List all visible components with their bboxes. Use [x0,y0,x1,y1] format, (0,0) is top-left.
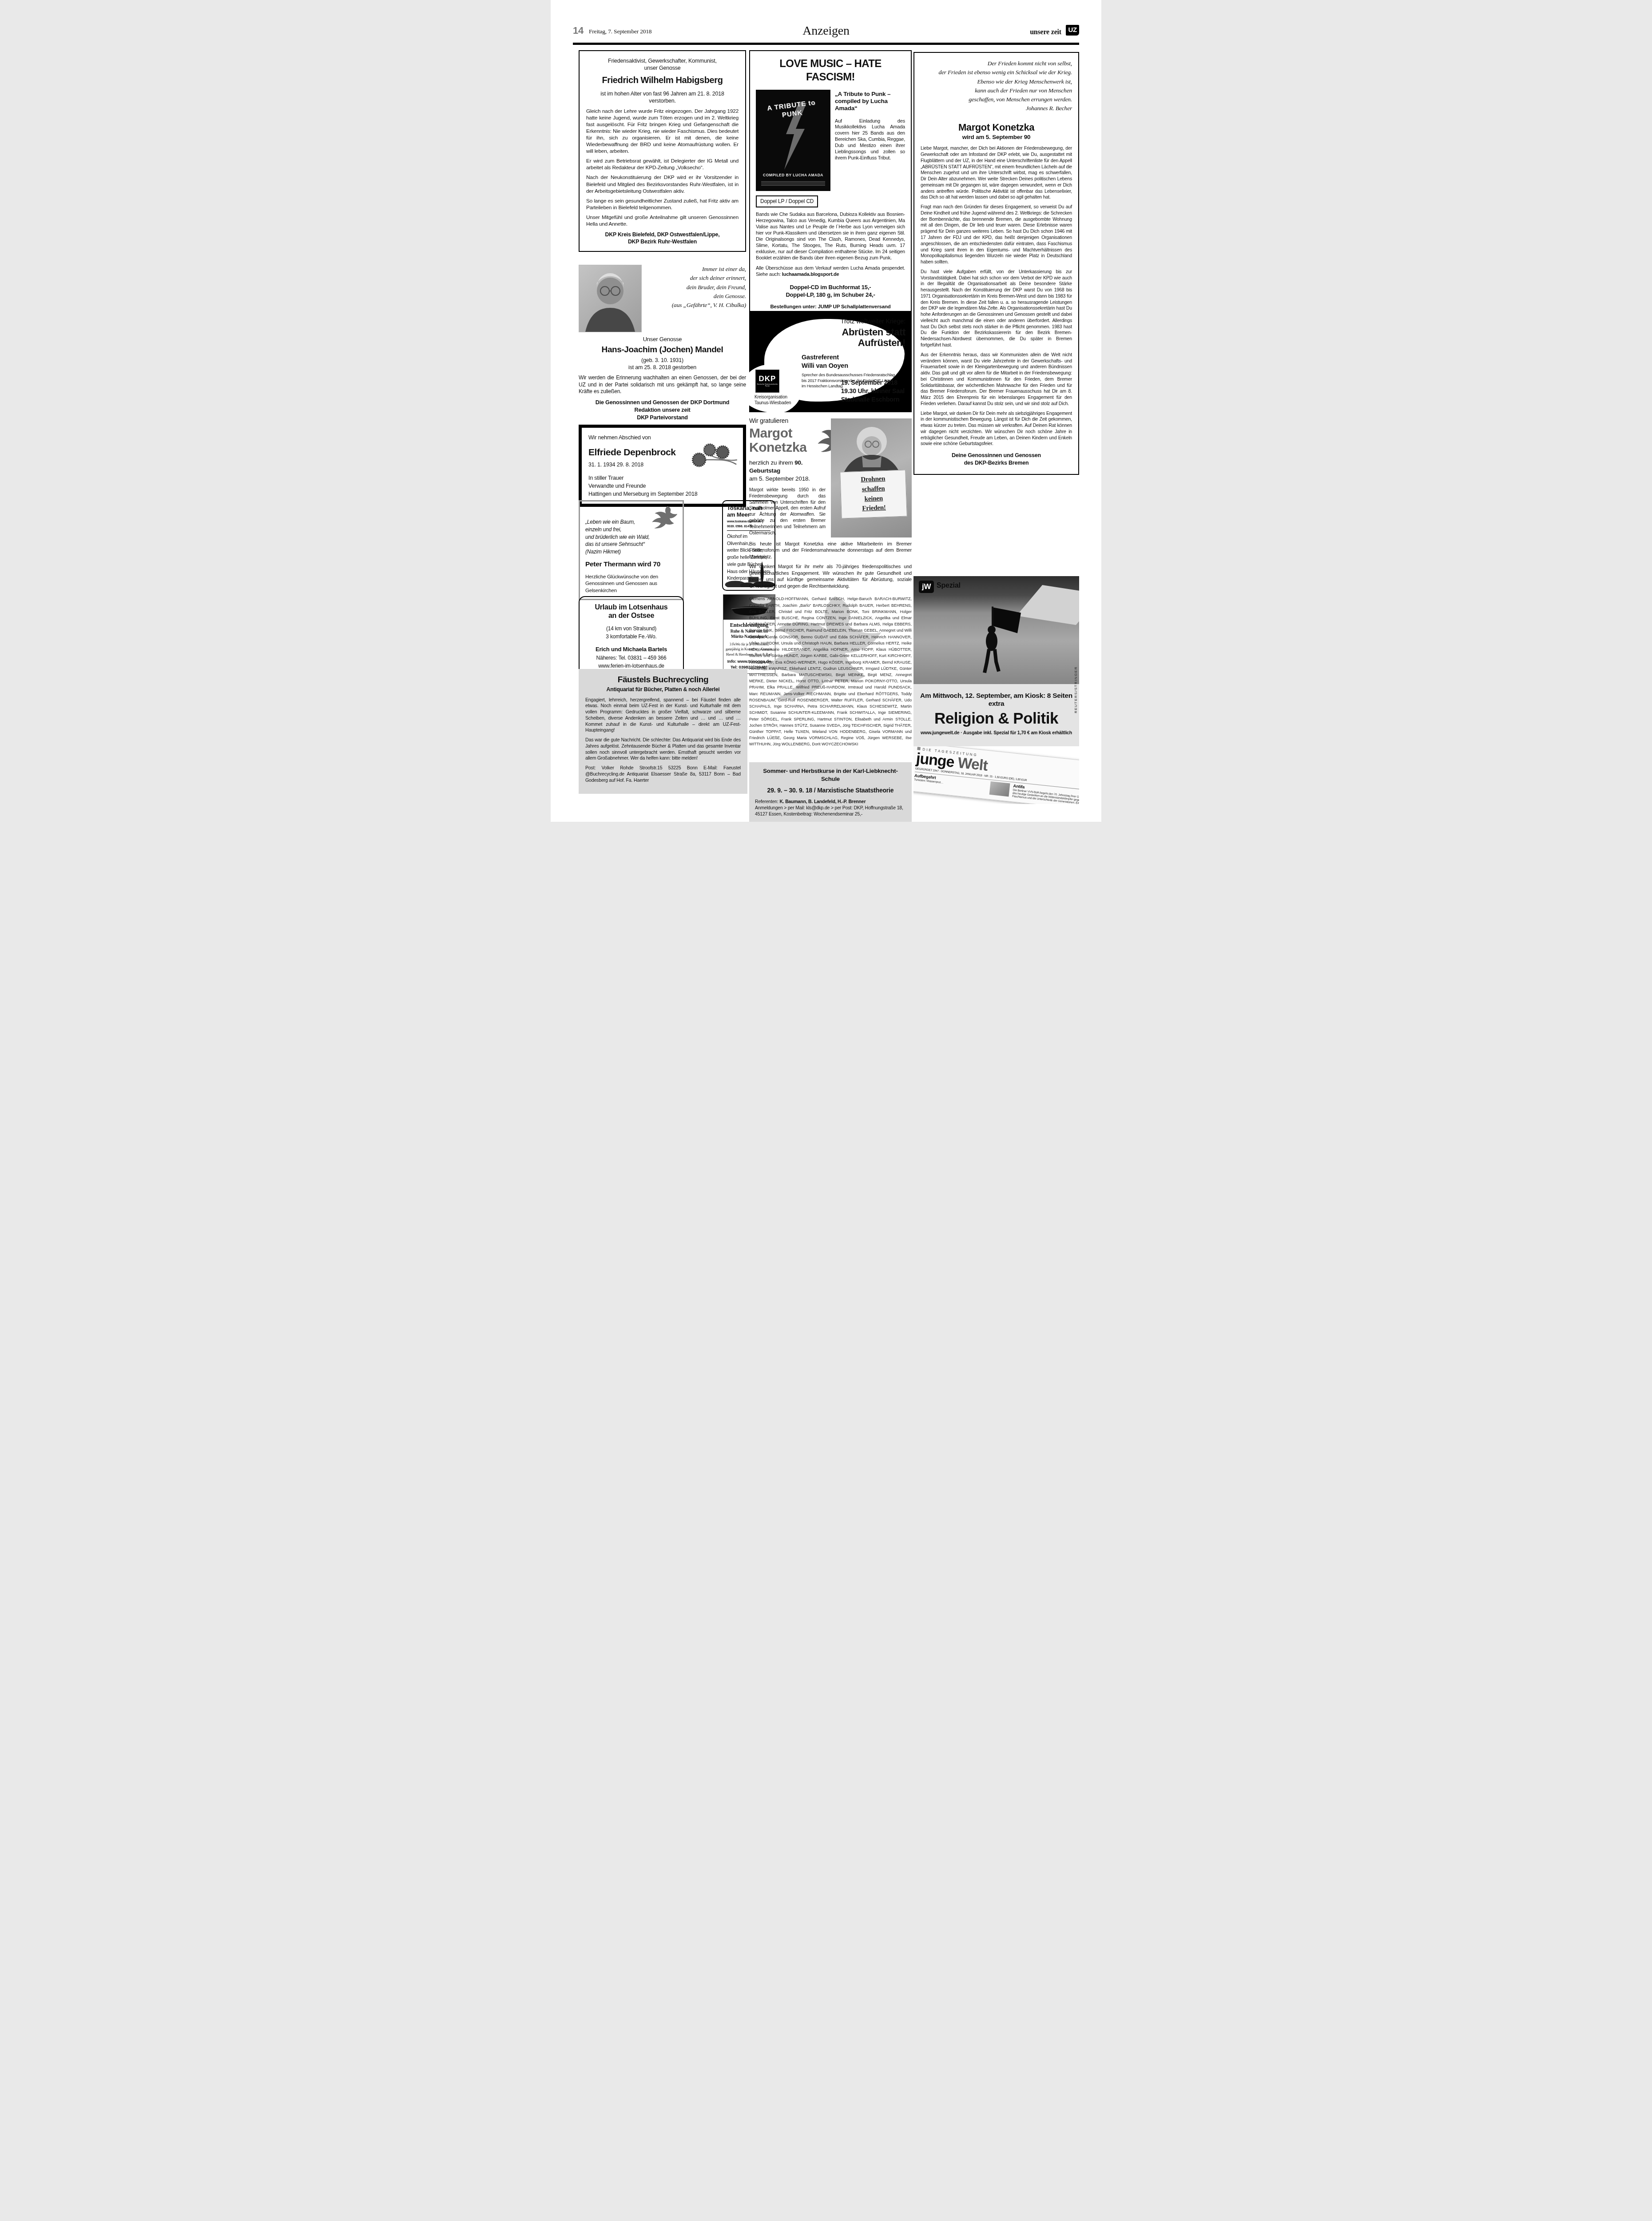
ad-paragraph: Fragt man nach den Gründen für dieses En… [921,204,1072,266]
obituary-depenbrock: Wir nehmen Abschied von Elfriede Depenbr… [579,425,746,507]
ad-line: 3 komfortable Fe.-Wo. [584,633,679,641]
paper-brand: unsere zeit [1030,28,1061,36]
ad-signature: Deine Genossinnen und Genossen des DKP-B… [921,452,1072,467]
greeting-text: Herzliche Glückwünsche von den Genossinn… [585,574,677,595]
page-header: 14 Freitag, 7. September 2018 Anzeigen u… [573,24,1079,41]
referents-line: Referenten: K. Baumann, B. Landefeld, H.… [755,799,906,805]
ad-title: Fäustels Buchrecycling [585,675,741,686]
ad-love-music: LOVE MUSIC – HATE FASCISM! A TRIBUTE to … [749,50,912,324]
jw-logo-label: Spezial [937,582,961,590]
congratulants-list: Clemens ARNOLD-HOFFMANN, Gerhard BAISCH,… [749,596,912,747]
header-rule [573,43,1079,45]
album-heading: „A Tribute to Punk – compiled by Lucha A… [835,91,905,112]
portrait-photo [579,265,642,332]
curb-shape [1017,585,1079,625]
ad-becher-konetzka: Der Frieden kommt nicht von selbst, der … [913,52,1079,475]
memorial-quote: Immer ist einer da, der sich deiner erin… [642,265,746,332]
host-names: Erich und Michaela Bartels [584,645,679,654]
deceased-name: Friedrich Wilhelm Habigsberg [586,75,739,87]
death-date: ist am 25. 8. 2018 gestorben [579,364,746,371]
obituary-intro: Friedensaktivist, Gewerkschafter, Kommun… [586,57,739,72]
ad-paragraph: Wir danken Margot für ihr mehr als 70-jä… [749,564,912,589]
uz-logo: UZ [1066,25,1079,36]
ad-paragraph: Das war die gute Nachricht. Die schlecht… [585,737,741,762]
album-tracklist-texture [761,180,825,187]
section-title: Anzeigen [573,24,1079,38]
jubilee-subheading: wird am 5. September 90 [921,134,1072,140]
ad-paragraph: Bis heute ist Margot Konetzka eine aktiv… [749,541,912,561]
birthday-title: Peter Thermann wird 70 [585,560,677,569]
obituary-paragraph: Wir werden die Erinnerung wachhalten an … [579,374,746,395]
peace-quote: Der Frieden kommt nicht von selbst, der … [921,59,1072,104]
jubilee-name: Margot Konetzka [921,122,1072,133]
birth-date: (geb. 3. 10. 1931) [579,357,746,364]
promo-line: Am Mittwoch, 12. September, am Kiosk: 8 … [913,692,1079,708]
ad-subtitle: Antiquariat für Bücher, Platten & noch A… [585,686,741,693]
promo-band: REUTERS/STRINGER Am Mittwoch, 12. Septem… [913,684,1079,746]
ad-paragraph: Liebe Margot, mancher, der Dich bei Akti… [921,146,1072,201]
promo-url-line: www.jungewelt.de · Ausgabe inkl. Spezial… [913,730,1079,736]
ad-title: LOVE MUSIC – HATE FASCISM! [756,57,905,84]
carnations-image [686,438,739,474]
greeting-line: herzlich zu ihrem 90. Geburtstag [749,459,826,475]
ad-paragraph: Aus der Erkenntnis heraus, dass wir Komm… [921,352,1072,407]
ad-kicker: Trotz weltweiter Kriege: [841,318,905,325]
street-photo: jW Spezial [913,576,1079,684]
registration-info: Anmeldungen > per Mail: kls@dkp.de > per… [755,805,906,817]
obituary-paragraph: Er wird zum Betriebsrat gewählt, ist Del… [586,158,739,171]
portrait-silhouette [579,265,641,332]
obituary-signature: DKP Kreis Bielefeld, DKP Ostwestfalen/Li… [586,231,739,245]
obituary-signature: Die Genossinnen und Genossen der DKP Dor… [579,399,746,422]
sales-note: Alle Überschüsse aus dem Verkauf werden … [756,266,905,278]
dove-icon [651,505,679,533]
obituary-paragraph: So lange es sein gesundheitlicher Zustan… [586,198,739,211]
obituary-intro: Unser Genosse [579,336,746,343]
ad-karl-liebknecht-schule: Sommer- und Herbstkurse in der Karl-Lieb… [749,762,912,822]
promo-title: Religion & Politik [913,710,1079,728]
event-date-line: 29. 9. – 30. 9. 18 / Marxistische Staats… [755,786,906,795]
dkp-logo: DKP Deutsche Kommunistische Partei [755,370,779,393]
ad-line: (14 km von Stralsund) [584,625,679,633]
death-notice: ist im hohen Alter von fast 96 Jahren am… [586,90,739,104]
ad-lotsenhaus: Urlaub im Lotsenhaus an der Ostsee (14 k… [579,596,684,676]
phone-line: Näheres: Tel. 03831 – 459 366 [584,654,679,662]
portrait-shapes [831,418,912,472]
ad-paragraph: Auf Einladung des Musikkollektivs Lucha … [835,119,905,162]
ad-paragraph: Engagiert, lehrreich, herzergreifend, sp… [585,697,741,734]
guest-speaker: Gastreferent Willi van Ooyen [802,354,848,370]
ad-paragraph: Post: Volker Rohde Stroofstr.15 53225 Bo… [585,765,741,784]
ad-title: Urlaub im Lotsenhaus an der Ostsee [584,603,679,620]
newspaper-photo [989,781,1010,796]
album-cover-image: A TRIBUTE to PUNK COMPILED BY LUCHA AMAD… [756,90,830,191]
newspaper-page: 14 Freitag, 7. September 2018 Anzeigen u… [551,0,1101,822]
obituary-paragraph: Gleich nach der Lehre wurde Fritz eingez… [586,108,739,155]
ad-title: Sommer- und Herbstkurse in der Karl-Lieb… [755,767,906,783]
ad-paragraph: Margot wirkte bereits 1950 in der Friede… [749,487,826,537]
greeting-line: am 5. September 2018. [749,475,826,483]
newspaper-image: DIE TAGESZEITUNG junge Welt GEGRÜNDET 19… [913,746,1079,804]
newspaper-front-page: DIE TAGESZEITUNG junge Welt GEGRÜNDET 19… [913,746,1079,804]
ad-faeustels: Fäustels Buchrecycling Antiquariat für B… [579,669,747,794]
ad-abruesten: Trotz weltweiter Kriege: Abrüsten statt … [749,311,912,412]
ad-thermann: „Leben wie ein Baum, einzeln und frei, u… [579,500,684,600]
price-lines: Doppel-CD im Buchformat 15,- Doppel-LP, … [756,283,905,299]
ad-title: Abrüsten statt Aufrüsten! [842,327,905,348]
deceased-name: Hans-Joachim (Jochen) Mandel [579,345,746,356]
jw-logo: jW [919,581,934,593]
event-date-place: 19. September 2018 19.30 Uhr, kleiner Sa… [841,378,905,404]
quote-author: Johannes R. Becher [921,105,1072,112]
obituary-paragraph: Unser Mitgefühl und große Anteilnahme gi… [586,214,739,227]
ad-gratulation-konetzka: Drohnen schaffen keinen Frieden! Wir gra… [749,417,912,748]
album-subtitle: COMPILED BY LUCHA AMADA [756,173,830,178]
obituary-habigsberg: Friedensaktivist, Gewerkschafter, Kommun… [579,50,746,252]
organisation-label: Kreisorganisation Taunus-Wiesbaden [755,394,791,406]
ad-junge-welt: jW Spezial REUTERS/STRINGER Am Mittwoch,… [913,576,1079,804]
obituary-paragraph: Nach der Neukonstituierung der DKP wird … [586,174,739,194]
mourning-lines: In stiller Trauer Verwandte und Freunde … [588,474,736,498]
album-caption: Doppel LP / Doppel CD [756,195,818,207]
protest-sign: Drohnen schaffen keinen Frieden! [840,470,907,518]
obituary-mandel: Immer ist einer da, der sich deiner erin… [579,265,746,422]
flag-bearer-silhouette [962,601,1025,678]
protest-photo: Drohnen schaffen keinen Frieden! [831,418,912,537]
sales-url: luchaamada.blogsport.de [782,272,839,277]
ad-paragraph: Liebe Margot, wir danken Dir für Dein me… [921,411,1072,448]
photo-credit: REUTERS/STRINGER [1074,666,1078,713]
ad-paragraph: Du hast viele Aufgaben erfüllt, von der … [921,269,1072,349]
ad-paragraph: Bands wie Che Sudaka aus Barcelona, Dubi… [756,212,905,262]
